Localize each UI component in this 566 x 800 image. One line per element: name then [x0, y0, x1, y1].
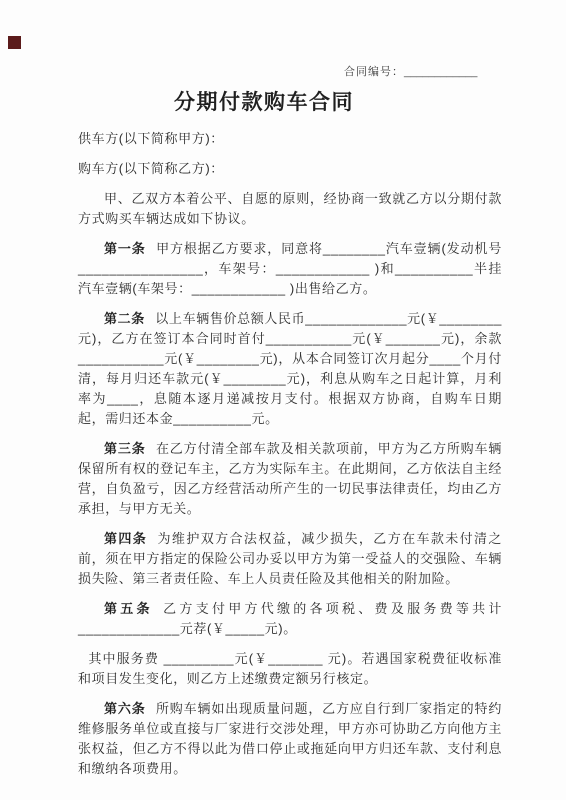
article-5: 第五条乙方支付甲方代缴的各项税、费及服务费等共计_____________元荐(…: [78, 599, 502, 639]
preamble: 甲、乙双方本着公平、自愿的原则，经协商一致就乙方以分期付款方式购买车辆达成如下协…: [78, 189, 502, 229]
service-fee-note: 其中服务费 _________元(￥_______ 元)。若遇国家税费征收标准和…: [78, 649, 502, 689]
article-3: 第三条在乙方付清全部车款及相关款项前，甲方为乙方所购车辆保留所有权的登记车主，乙…: [78, 439, 502, 519]
article-2-label: 第二条: [104, 311, 145, 326]
party-a-line: 供车方(以下简称甲方)：: [78, 129, 502, 149]
page-title: 分期付款购车合同: [0, 86, 547, 116]
contract-page: 合同编号：____________ 分期付款购车合同 供车方(以下简称甲方)： …: [0, 0, 566, 800]
article-2: 第二条以上车辆售价总额人民币_____________元(￥________元)…: [78, 309, 502, 429]
article-1: 第一条甲方根据乙方要求，同意将________汽车壹辆(发动机号________…: [78, 239, 502, 299]
party-b-line: 购车方(以下简称乙方)：: [78, 159, 502, 179]
article-4-label: 第四条: [104, 531, 147, 546]
article-6: 第六条所购车辆如出现质量问题，乙方应自行到厂家指定的特约维修服务单位或直接与厂家…: [78, 699, 502, 779]
article-6-label: 第六条: [104, 701, 146, 716]
article-5-label: 第五条: [104, 601, 153, 616]
article-3-label: 第三条: [104, 441, 146, 456]
article-1-label: 第一条: [104, 241, 146, 256]
contract-number-line: 合同编号：____________: [344, 63, 477, 79]
article-2-text: 以上车辆售价总额人民币_____________元(￥________元)，乙方…: [78, 311, 502, 426]
contract-number-label: 合同编号：: [344, 66, 404, 78]
contract-body: 供车方(以下简称甲方)： 购车方(以下简称乙方)： 甲、乙双方本着公平、自愿的原…: [78, 129, 502, 789]
contract-number-blank: ____________: [404, 66, 477, 78]
corner-mark: [8, 36, 21, 49]
article-4: 第四条为维护双方合法权益，减少损失，乙方在车款未付清之前，须在甲方指定的保险公司…: [78, 529, 502, 589]
